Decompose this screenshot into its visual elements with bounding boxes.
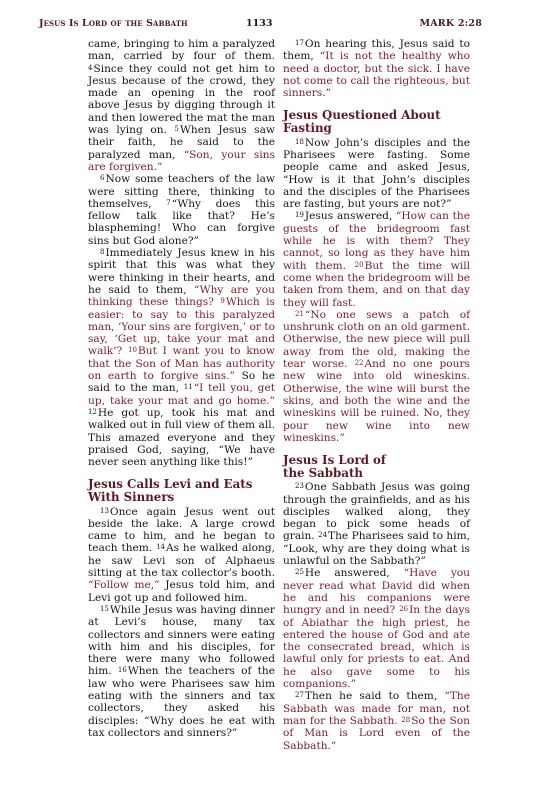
verse-number: 4 [88, 64, 92, 72]
paragraph: 25He answered, “Have you never read what… [283, 567, 470, 690]
verse-number: 17 [295, 39, 304, 47]
verse-number: 20 [355, 261, 364, 269]
paragraph: 17On hearing this, Jesus said to them, “… [283, 38, 470, 99]
paragraph: 19Jesus answered, “How can the guests of… [283, 210, 470, 308]
paragraph: came, bringing to him a paralyzed man, c… [88, 38, 275, 173]
verse-number: 9 [220, 297, 224, 305]
words-of-jesus: “Follow me,” [88, 579, 160, 591]
verse-text: He got up, took his mat and walked out i… [88, 407, 275, 468]
verse-number: 18 [295, 138, 304, 146]
verse-number: 13 [100, 507, 109, 515]
paragraph: 23One Sabbath Jesus was going through th… [283, 481, 470, 567]
verse-number: 23 [295, 482, 304, 490]
paragraph: 18Now John’s disciples and the Pharisees… [283, 137, 470, 211]
running-head: Jesus Is Lord of the Sabbath 1133 MARK 2… [0, 18, 544, 32]
verse-number: 26 [399, 605, 408, 613]
section-heading: Jesus Calls Levi and Eats With Sinners [88, 478, 275, 503]
section-heading: Jesus Is Lord of the Sabbath [283, 454, 403, 479]
verse-number: 28 [401, 716, 410, 724]
verse-number: 24 [318, 531, 327, 539]
paragraph: 13Once again Jesus went out beside the l… [88, 506, 275, 604]
verse-text: He answered, [305, 567, 404, 579]
running-head-reference: MARK 2:28 [420, 18, 482, 29]
verse-text: Now John’s disciples and the Pharisees w… [283, 137, 470, 210]
verse-number: 21 [295, 310, 304, 318]
verse-number: 7 [166, 199, 170, 207]
verse-text: Then he said to them, [305, 690, 445, 702]
verse-text: came, bringing to him a paralyzed man, c… [88, 38, 275, 62]
verse-number: 5 [175, 125, 179, 133]
right-column: 17On hearing this, Jesus said to them, “… [283, 38, 470, 752]
verse-text: Jesus answered, [305, 210, 396, 222]
paragraph: 15While Jesus was having dinner at Levi’… [88, 604, 275, 739]
section-heading: Jesus Questioned About Fasting [283, 109, 470, 134]
words-of-jesus: And no one pours new wine into old wines… [283, 358, 470, 444]
verse-number: 6 [100, 174, 104, 182]
left-column: came, bringing to him a paralyzed man, c… [88, 38, 275, 739]
paragraph: 21“No one sews a patch of unshrunk cloth… [283, 309, 470, 444]
verse-number: 15 [100, 605, 109, 613]
verse-number: 16 [118, 666, 127, 674]
verse-number: 19 [295, 211, 304, 219]
verse-number: 8 [100, 248, 104, 256]
verse-number: 25 [295, 568, 304, 576]
words-of-jesus: In the days of Abiathar the high priest,… [283, 604, 470, 690]
running-head-section-title: Jesus Is Lord of the Sabbath [39, 18, 188, 29]
verse-number: 12 [88, 408, 97, 416]
paragraph: 6Now some teachers of the law were sitti… [88, 173, 275, 247]
page-number: 1133 [246, 18, 272, 29]
paragraph: 27Then he said to them, “The Sabbath was… [283, 690, 470, 751]
verse-number: 10 [128, 346, 137, 354]
verse-number: 27 [295, 691, 304, 699]
verse-number: 11 [184, 383, 193, 391]
verse-number: 22 [355, 359, 364, 367]
paragraph: 8Immediately Jesus knew in his spirit th… [88, 247, 275, 468]
verse-number: 14 [156, 543, 165, 551]
